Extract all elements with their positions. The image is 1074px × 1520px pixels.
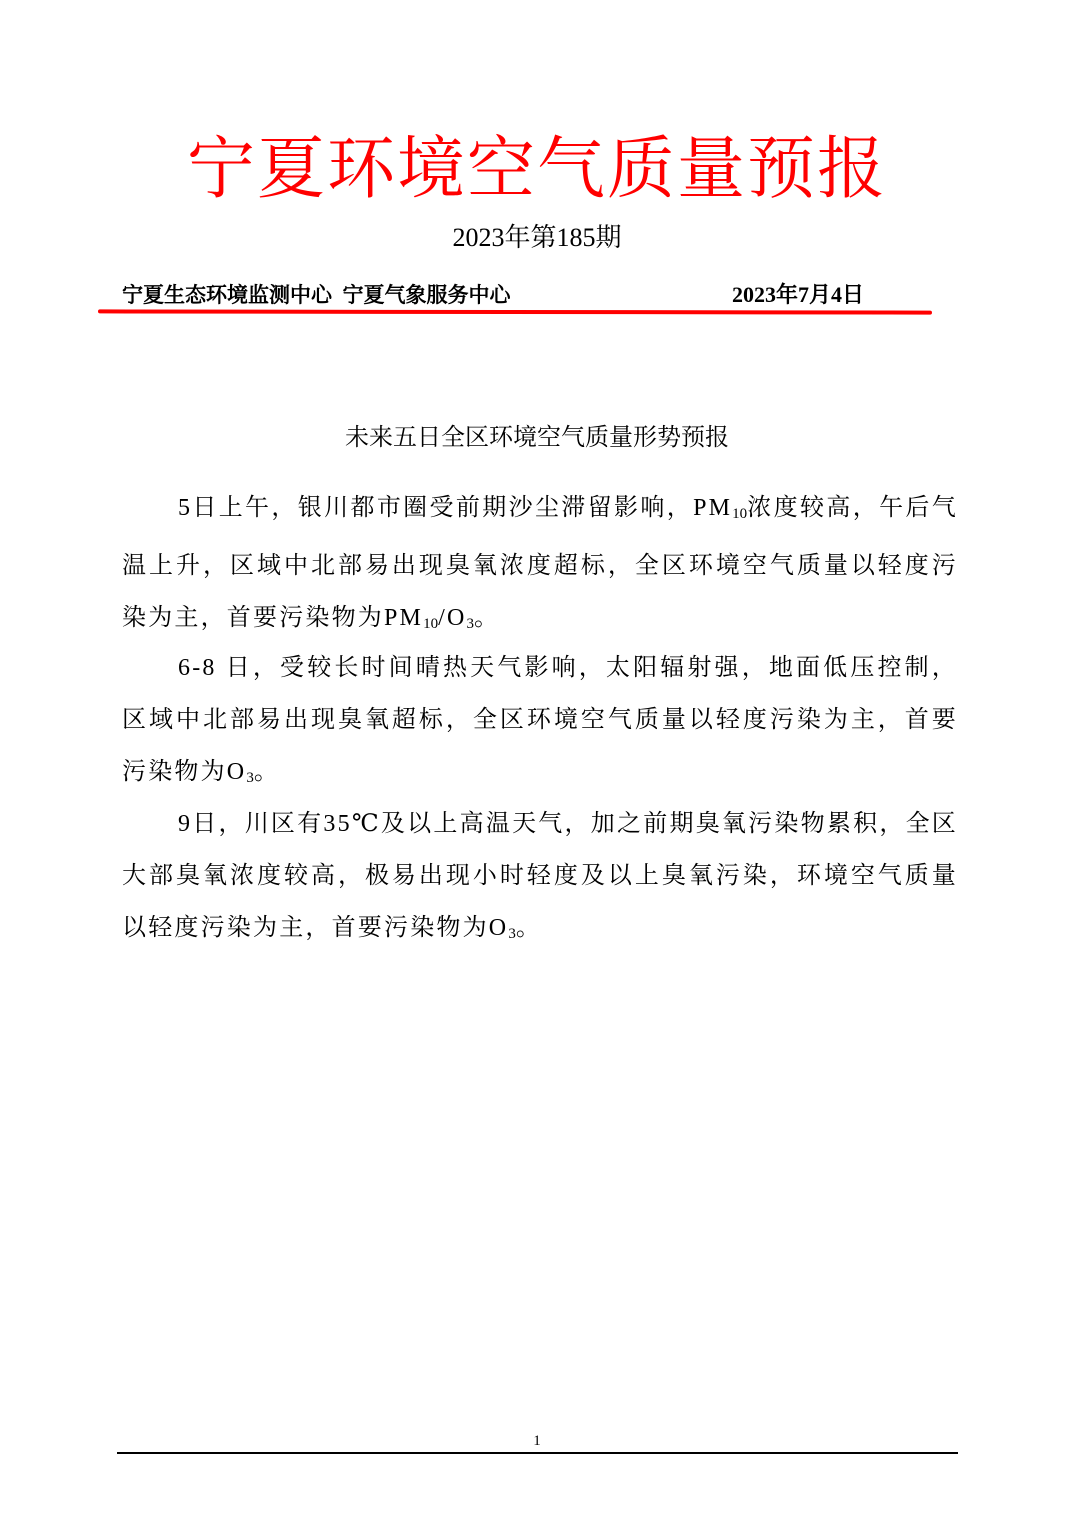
text-run: 。: [516, 915, 542, 941]
forecast-paragraph-day9: 9日，川区有35℃及以上高温天气，加之前期臭氧污染物累积，全区大部臭氧浓度较高，…: [122, 798, 958, 960]
footer-divider: [117, 1452, 958, 1454]
subscript: 10: [423, 616, 438, 632]
issue-date: 2023年7月4日: [732, 281, 864, 309]
subscript: 3: [246, 770, 254, 786]
text-run: 5日上午，银川都市圈受前期沙尘滞留影响，PM: [178, 495, 732, 521]
forecast-paragraph-day5: 5日上午，银川都市圈受前期沙尘滞留影响，PM10浓度较高，午后气温上升，区域中北…: [122, 482, 958, 650]
header-divider: [98, 309, 932, 314]
text-run: 6-8 日，受较长时间晴热天气影响，太阳辐射强，地面低压控制，区域中北部易出现臭…: [122, 655, 958, 785]
forecast-paragraph-day6-8: 6-8 日，受较长时间晴热天气影响，太阳辐射强，地面低压控制，区域中北部易出现臭…: [122, 642, 958, 804]
issue-number: 2023年第185期: [0, 220, 1074, 256]
text-run: /O: [438, 605, 466, 631]
subscript: 3: [467, 616, 475, 632]
text-run: 。: [254, 759, 280, 785]
subscript: 3: [508, 926, 516, 942]
issuing-agencies: 宁夏生态环境监测中心 宁夏气象服务中心: [122, 281, 511, 309]
section-title: 未来五日全区环境空气质量形势预报: [0, 420, 1074, 454]
subscript: 10: [732, 506, 747, 522]
page-number: 1: [0, 1433, 1074, 1450]
text-run: 。: [474, 605, 500, 631]
document-title: 宁夏环境空气质量预报: [0, 128, 1074, 212]
